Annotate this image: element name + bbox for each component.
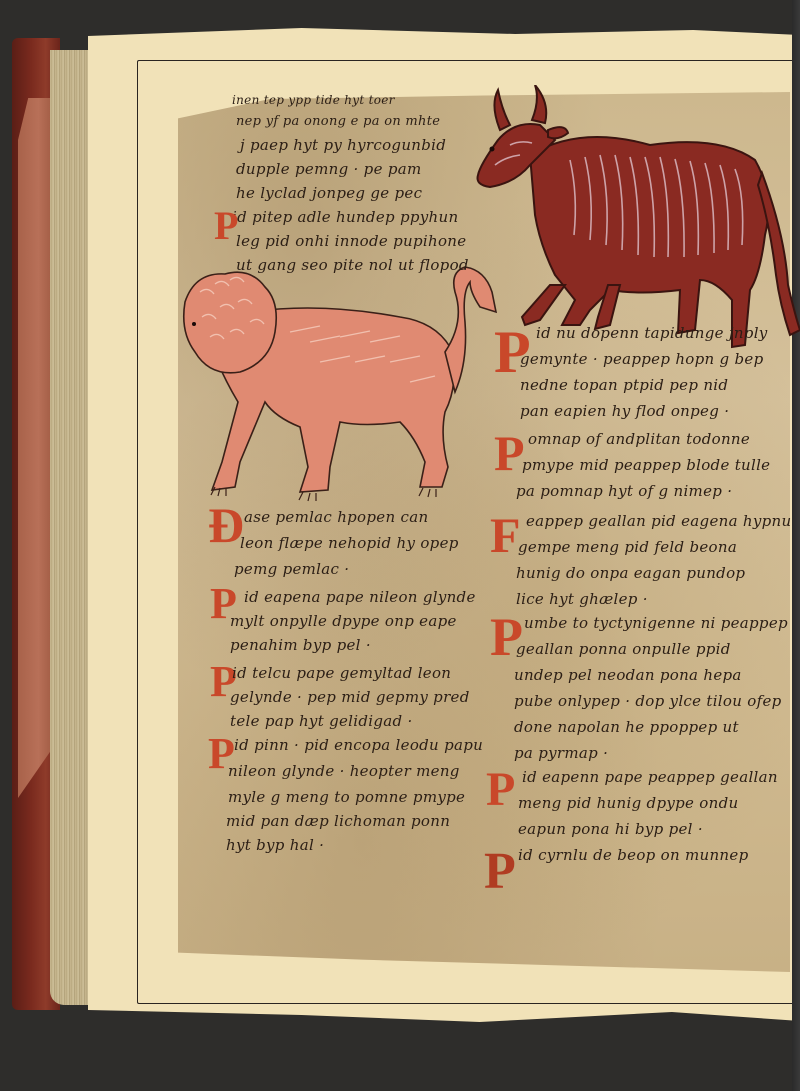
binding-leather-panel (18, 98, 52, 798)
text-line: pube onlypep · dop ylce tilou ofep (514, 692, 782, 710)
text-line: ase pemlac hpopen can (244, 508, 428, 526)
text-line: gemynte · peappep hopn g bep (520, 350, 764, 368)
text-line: undep pel neodan pona hepa (514, 666, 742, 684)
lion-illustration (180, 262, 500, 512)
text-line: tele pap hyt gelidigad · (230, 712, 413, 730)
text-line: meng pid hunig dpype ondu (518, 794, 738, 812)
red-initial: P (484, 846, 516, 898)
text-line: leon flæpe nehopid hy opep (240, 534, 459, 552)
text-line: pmype mid peappep blode tulle (522, 456, 770, 474)
text-line: id pinn · pid encopa leodu papu (234, 736, 483, 754)
text-line: pemg pemlac · (234, 560, 349, 578)
red-initial: P (214, 206, 238, 246)
text-line: leg pid onhi innode pupihone (236, 232, 466, 250)
text-line: myle g meng to pomne pmype (228, 788, 465, 806)
text-line: gelynde · pep mid gepmy pred (230, 688, 470, 706)
text-line: id nu dopenn tapidunge jnply (536, 324, 768, 342)
text-line: geallan ponna onpulle ppid (516, 640, 731, 658)
text-line: pan eapien hy flod onpeg · (520, 402, 729, 420)
text-line: id eapenn pape peappep geallan (522, 768, 778, 786)
text-line: mid pan dæp lichoman ponn (226, 812, 450, 830)
text-line: eappep geallan pid eagena hypnu (526, 512, 791, 530)
red-initial: P (494, 428, 525, 478)
text-line: he lyclad jonpeg ge pec (236, 184, 422, 202)
text-line: penahim byp pel · (230, 636, 371, 654)
text-line: id pitep adle hundep ppyhun (232, 208, 458, 226)
text-line: gempe meng pid feld beona (518, 538, 737, 556)
text-line: inen tep ypp tide hyt toer (232, 93, 395, 107)
text-line: id telcu pape gemyltad leon (232, 664, 451, 682)
text-line: id cyrnlu de beop on munnep (518, 846, 748, 864)
text-line: nileon glynde · heopter meng (228, 762, 460, 780)
text-line: hyt byp hal · (226, 836, 324, 854)
red-initial: F (490, 510, 521, 560)
red-initial: P (486, 766, 515, 814)
text-line: j paep hyt py hyrcogunbid (240, 136, 446, 154)
text-line: dupple pemng · pe pam (236, 160, 422, 178)
text-line: id eapena pape nileon glynde (244, 588, 476, 606)
text-line: umbe to tyctynigenne ni peappep (524, 614, 788, 632)
text-line: pa pomnap hyt of g nimep · (516, 482, 732, 500)
text-line: done napolan he ppoppep ut (514, 718, 739, 736)
text-line: pa pyrmap · (514, 744, 608, 762)
text-line: eapun pona hi byp pel · (518, 820, 703, 838)
page-fore-edge (50, 50, 92, 1005)
text-line: nep yf pa onong e pa on mhte (236, 114, 440, 129)
text-line: mylt onpylle dpype onp eape (230, 612, 457, 630)
text-line: ut gang seo pite nol ut flopod (236, 256, 469, 274)
text-line: hunig do onpa eagan pundop (516, 564, 745, 582)
text-line: omnap of andplitan todonne (528, 430, 750, 448)
text-line: lice hyt ghælep · (516, 590, 648, 608)
text-line: nedne topan ptpid pep nid (520, 376, 728, 394)
red-initial: Ð (208, 500, 244, 550)
